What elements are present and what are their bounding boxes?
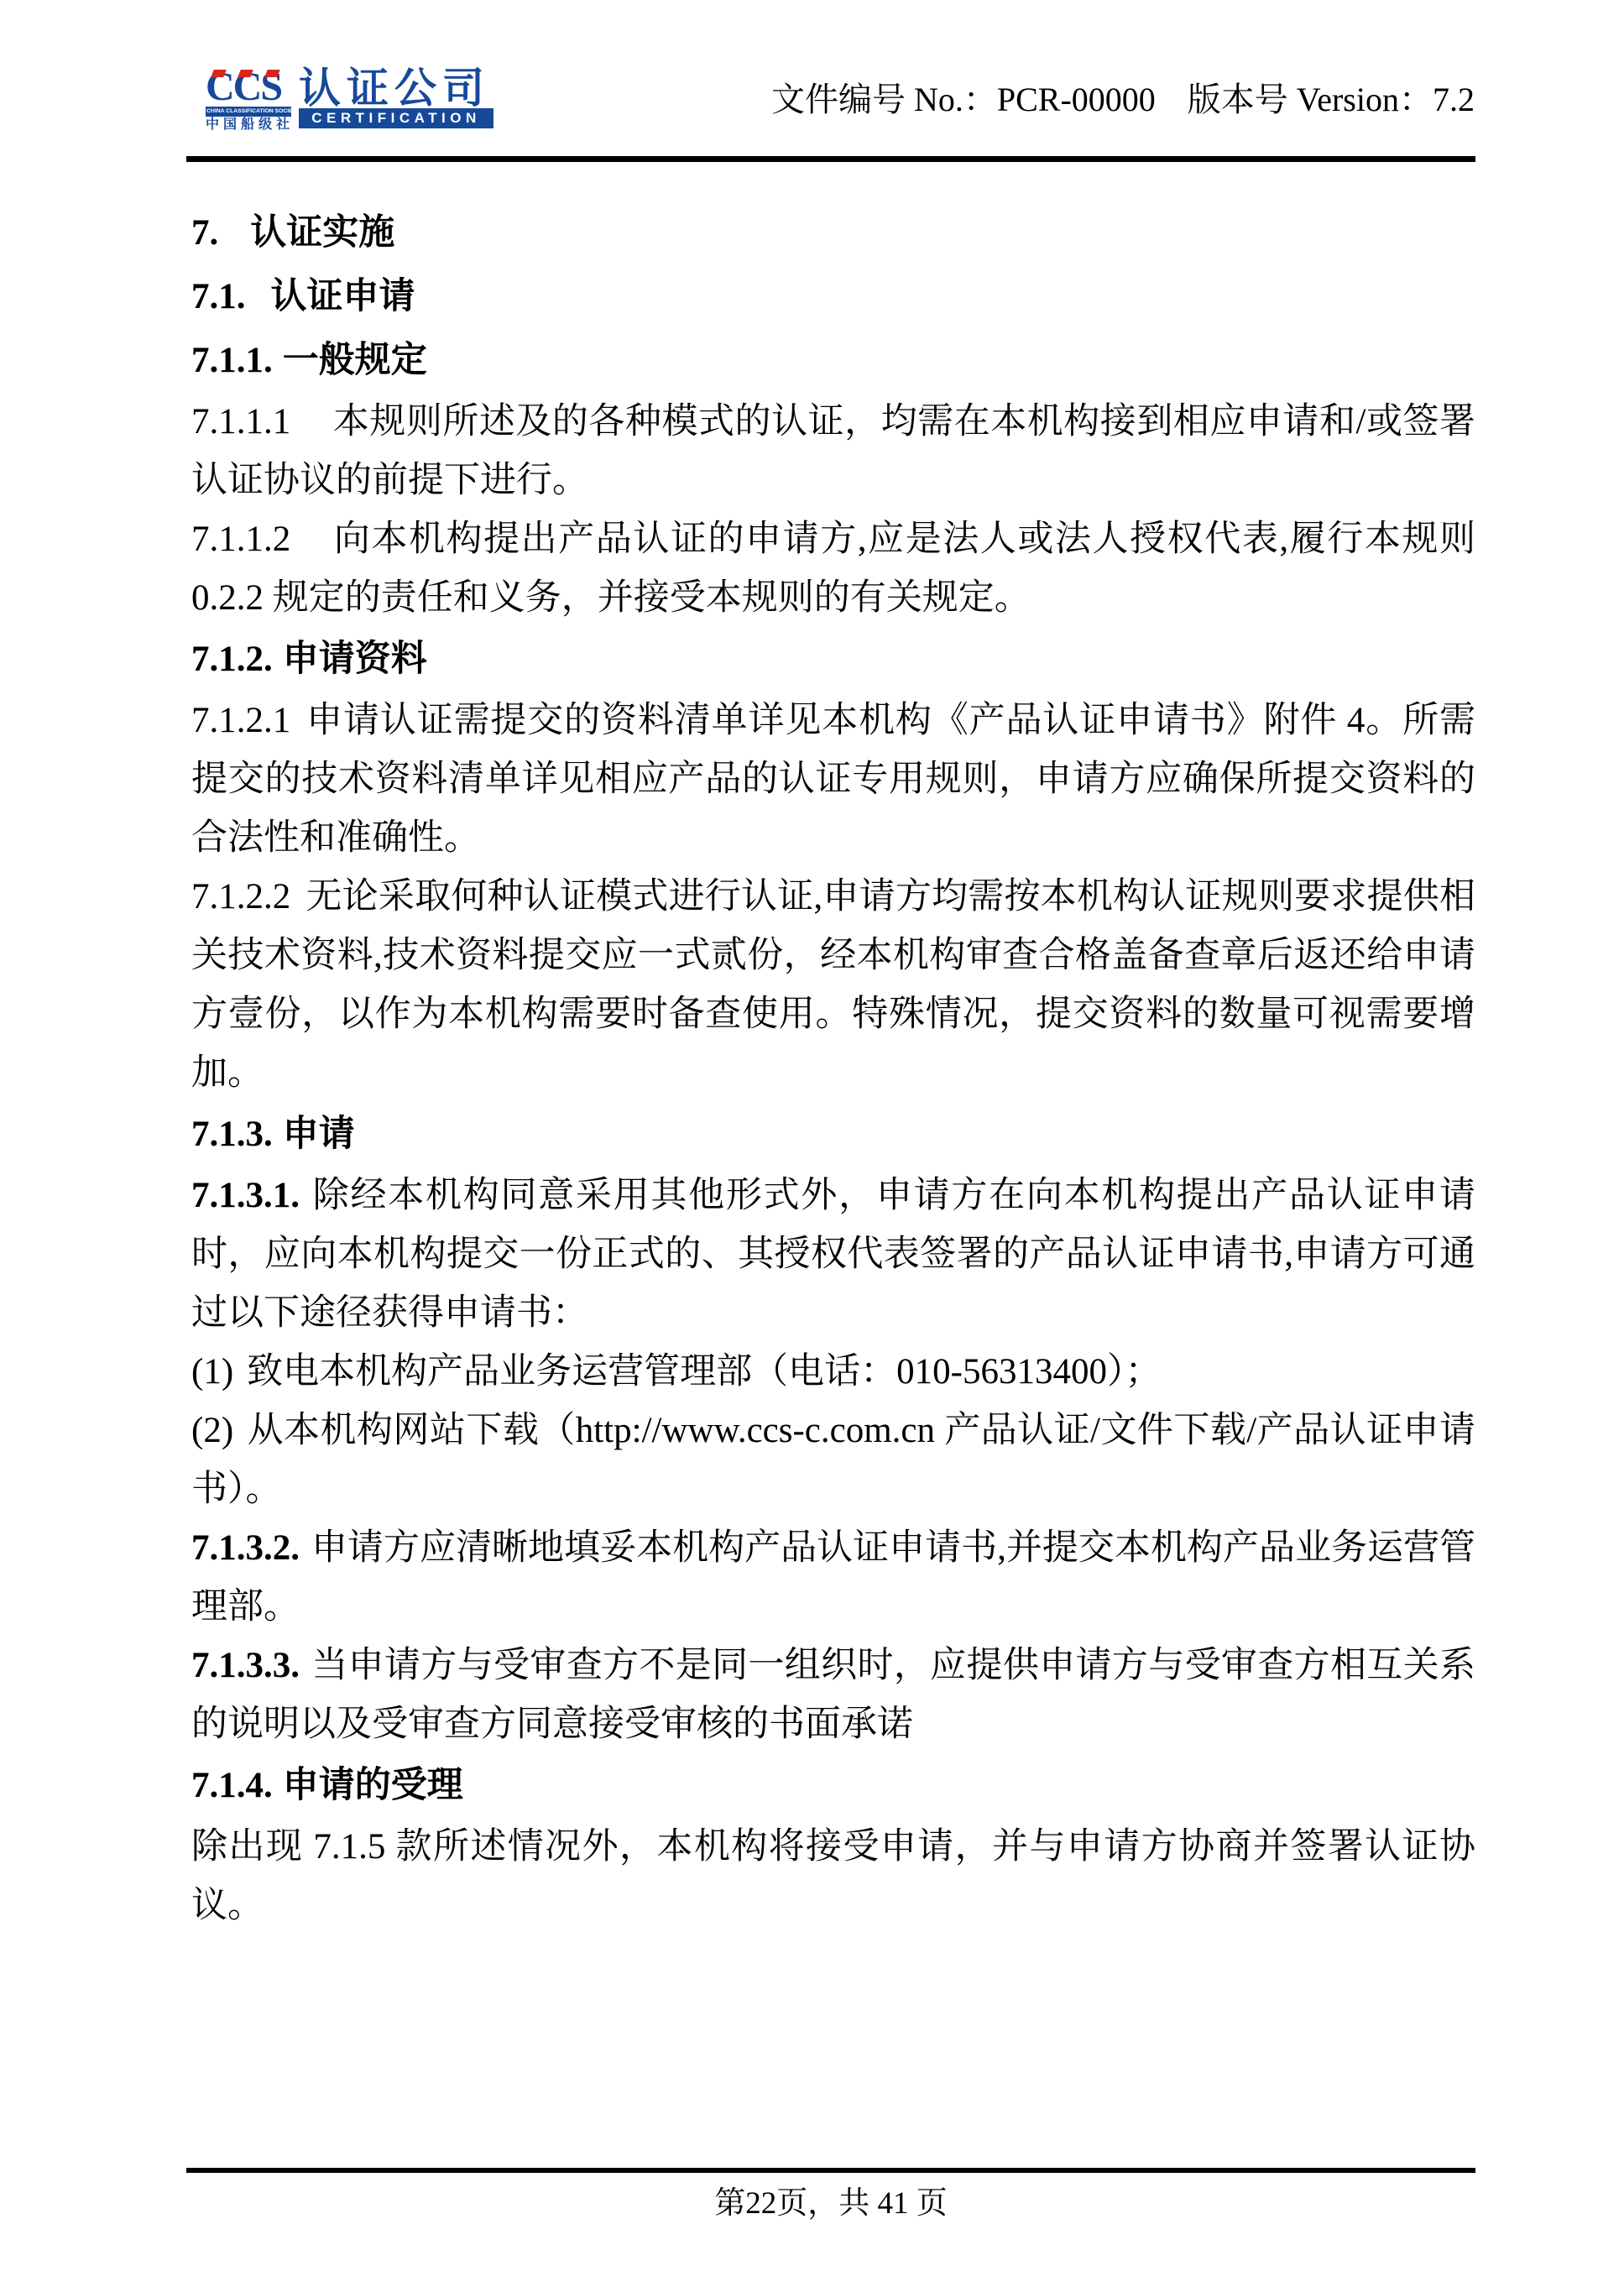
- paragraph-7-1-4-body: 除出现 7.1.5 款所述情况外，本机构将接受申请，并与申请方协商并签署认证协议…: [191, 1818, 1475, 1935]
- clause-text: 除出现 7.1.5 款所述情况外，本机构将接受申请，并与申请方协商并签署认证协议…: [191, 1827, 1475, 1925]
- list-marker: (1): [191, 1352, 233, 1392]
- paragraph-7-1-2-2: 7.1.2.2无论采取何种认证模式进行认证,申请方均需按本机构认证规则要求提供相…: [191, 868, 1475, 1103]
- heading-number: 7.1.4.: [191, 1766, 273, 1805]
- list-text: 从本机构网站下载（http://www.ccs-c.com.cn 产品认证/文件…: [191, 1411, 1475, 1509]
- heading-7-1-4: 7.1.4.申请的受理: [191, 1754, 1475, 1818]
- paragraph-7-1-3-3: 7.1.3.3.当申请方与受审查方不是同一组织时，应提供申请方与受审查方相互关系…: [191, 1637, 1475, 1754]
- ccs-logo-left: CCS CHINA CLASSIFICATION SOCIETY 中国船级社: [206, 70, 291, 132]
- paragraph-7-1-1-1: 7.1.1.1本规则所述及的各种模式的认证，均需在本机构接到相应申请和/或签署认…: [191, 393, 1475, 510]
- clause-text: 无论采取何种认证模式进行认证,申请方均需按本机构认证规则要求提供相关技术资料,技…: [191, 877, 1475, 1093]
- clause-text: 除经本机构同意采用其他形式外，申请方在向本机构提出产品认证申请时，应向本机构提交…: [191, 1176, 1475, 1333]
- paragraph-7-1-1-2: 7.1.1.2向本机构提出产品认证的申请方,应是法人或法人授权代表,履行本规则 …: [191, 510, 1475, 628]
- header-divider: [186, 156, 1475, 162]
- certification-company-cn-label: 认证公司: [299, 70, 493, 106]
- heading-title: 认证实施: [250, 213, 394, 253]
- heading-7: 7.认证实施: [191, 201, 1475, 265]
- heading-number: 7.1.2.: [191, 640, 273, 679]
- list-marker: (2): [191, 1411, 233, 1450]
- clause-number: 7.1.2.1: [191, 701, 290, 740]
- heading-7-1-3: 7.1.3.申请: [191, 1103, 1475, 1167]
- clause-text: 申请方应清晰地填妥本机构产品认证申请书,并提交本机构产品业务运营管理部。: [191, 1528, 1475, 1626]
- version-value: 7.2: [1433, 81, 1475, 118]
- page-number: 第22页，共 41 页: [186, 2180, 1475, 2227]
- heading-7-1-2: 7.1.2.申请资料: [191, 628, 1475, 692]
- heading-title: 一般规定: [283, 341, 427, 380]
- list-item-2: (2)从本机构网站下载（http://www.ccs-c.com.cn 产品认证…: [191, 1402, 1475, 1519]
- paragraph-7-1-2-1: 7.1.2.1申请认证需提交的资料清单详见本机构《产品认证申请书》附件 4。所需…: [191, 692, 1475, 868]
- heading-number: 7.1.1.: [191, 341, 273, 380]
- document-content: 7.认证实施 7.1.认证申请 7.1.1.一般规定 7.1.1.1本规则所述及…: [191, 201, 1475, 1935]
- heading-7-1: 7.1.认证申请: [191, 265, 1475, 329]
- clause-number: 7.1.1.1: [191, 402, 290, 441]
- clause-text: 本规则所述及的各种模式的认证，均需在本机构接到相应申请和/或签署认证协议的前提下…: [191, 402, 1475, 500]
- heading-title: 申请: [283, 1115, 355, 1154]
- ccs-logo-right: 认证公司 CERTIFICATION: [299, 70, 493, 132]
- doc-no-label: 文件编号 No.：: [771, 81, 997, 118]
- footer-divider: [186, 2168, 1475, 2173]
- paragraph-7-1-3-2: 7.1.3.2.申请方应清晰地填妥本机构产品认证申请书,并提交本机构产品业务运营…: [191, 1519, 1475, 1637]
- list-text: 致电本机构产品业务运营管理部（电话：010-56313400）；: [247, 1352, 1161, 1392]
- ccs-logo: CCS CHINA CLASSIFICATION SOCIETY 中国船级社 认…: [206, 70, 493, 132]
- heading-number: 7.1.: [191, 277, 246, 316]
- heading-number: 7.: [191, 213, 218, 253]
- clause-text: 当申请方与受审查方不是同一组织时，应提供申请方与受审查方相互关系的说明以及受审查…: [191, 1646, 1475, 1744]
- document-page: CCS CHINA CLASSIFICATION SOCIETY 中国船级社 认…: [0, 0, 1624, 2287]
- heading-number: 7.1.3.: [191, 1115, 273, 1154]
- paragraph-7-1-3-1: 7.1.3.1.除经本机构同意采用其他形式外，申请方在向本机构提出产品认证申请时…: [191, 1167, 1475, 1343]
- list-item-1: (1)致电本机构产品业务运营管理部（电话：010-56313400）；: [191, 1343, 1475, 1402]
- version-label: 版本号 Version：: [1188, 81, 1433, 118]
- ccs-society-cn-label: 中国船级社: [206, 118, 291, 132]
- heading-title: 申请的受理: [283, 1766, 463, 1805]
- clause-text: 向本机构提出产品认证的申请方,应是法人或法人授权代表,履行本规则 0.2.2 规…: [191, 520, 1475, 618]
- certification-en-label: CERTIFICATION: [299, 108, 493, 128]
- clause-number: 7.1.3.1.: [191, 1176, 300, 1215]
- heading-7-1-1: 7.1.1.一般规定: [191, 329, 1475, 393]
- doc-no-value: PCR-00000: [997, 81, 1156, 118]
- clause-number: 7.1.2.2: [191, 877, 290, 916]
- document-meta: 文件编号 No.：PCR-00000版本号 Version：7.2: [771, 81, 1475, 119]
- clause-text: 申请认证需提交的资料清单详见本机构《产品认证申请书》附件 4。所需提交的技术资料…: [191, 701, 1475, 858]
- clause-number: 7.1.3.3.: [191, 1646, 300, 1685]
- heading-title: 认证申请: [271, 277, 415, 316]
- ccs-logo-mark: CCS: [206, 70, 281, 104]
- clause-number: 7.1.1.2: [191, 520, 290, 559]
- heading-title: 申请资料: [283, 640, 427, 679]
- clause-number: 7.1.3.2.: [191, 1528, 300, 1568]
